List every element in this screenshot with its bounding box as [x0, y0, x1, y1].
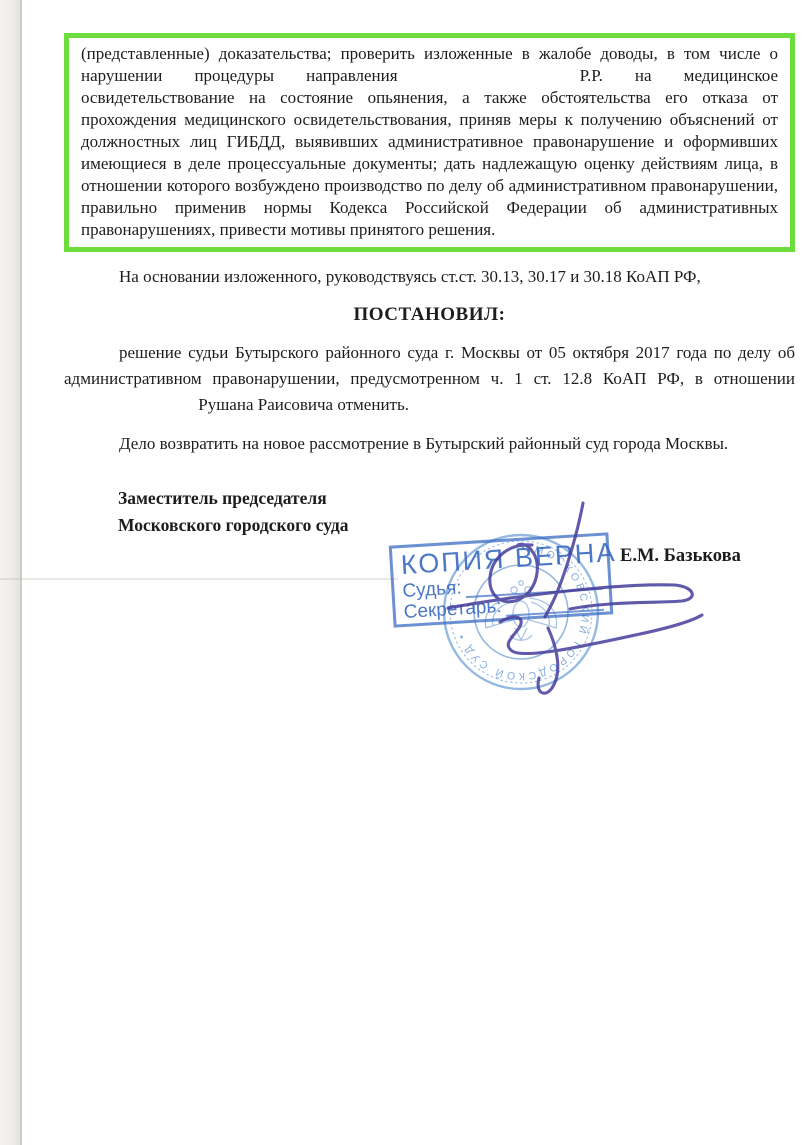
decision-paragraph: решение судьи Бутырского районного суда … — [64, 340, 795, 418]
highlighted-paragraph-box: (представленные) доказательства; провери… — [64, 33, 795, 252]
highlighted-paragraph: (представленные) доказательства; провери… — [81, 43, 778, 241]
scan-left-edge-line — [20, 0, 22, 1145]
document-body: (представленные) доказательства; провери… — [64, 33, 795, 539]
signature-name: Е.М. Базькова — [620, 546, 741, 567]
scan-crease-line — [0, 578, 398, 580]
return-paragraph: Дело возвратить на новое рассмотрение в … — [64, 431, 795, 457]
highlight-text-part2: Р.Р. на медицинское освидетельствование … — [81, 66, 778, 239]
handwritten-signature — [400, 493, 720, 708]
resolution-heading: ПОСТАНОВИЛ: — [64, 304, 795, 326]
scan-left-edge-shadow — [0, 0, 20, 1145]
basis-paragraph: На основании изложенного, руководствуясь… — [64, 266, 795, 288]
decision-text-part1: решение судьи Бутырского районного суда … — [64, 343, 795, 388]
scanned-court-document-page: (представленные) доказательства; провери… — [0, 0, 804, 1145]
decision-text-part2: Рушана Раисовича отменить. — [198, 395, 409, 414]
